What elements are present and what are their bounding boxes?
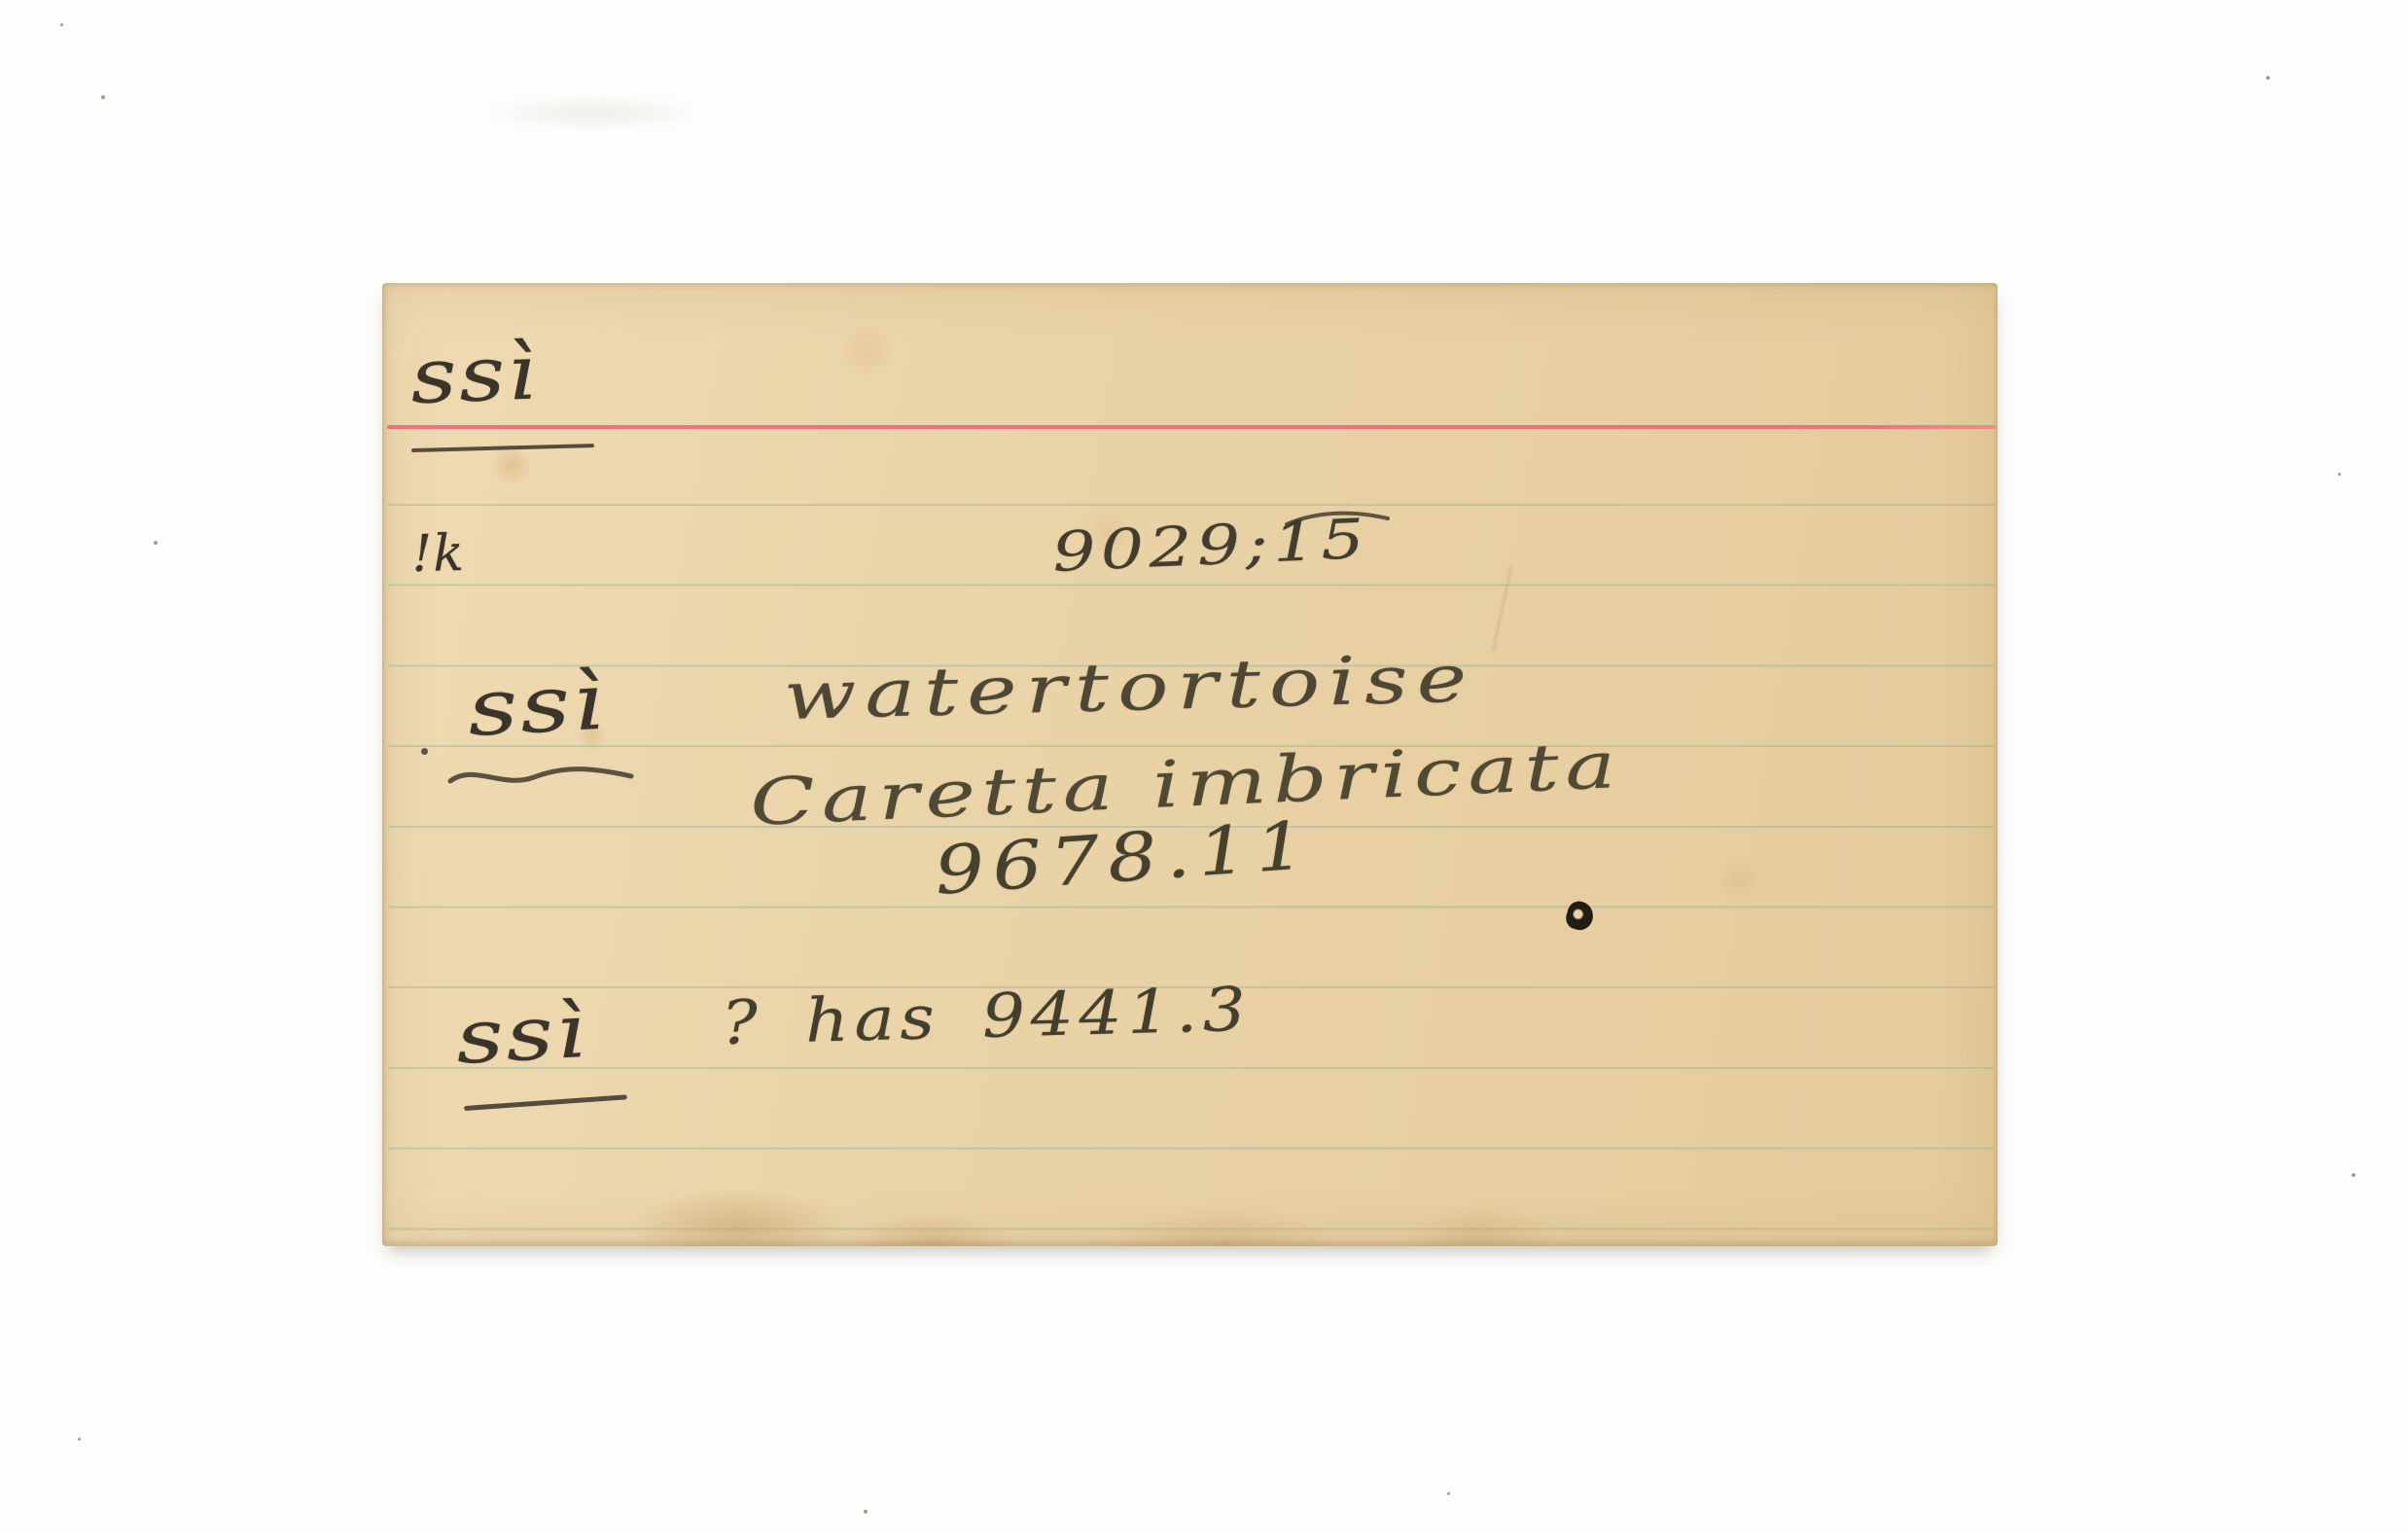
index-card: ssì !k 9029;15 ssì watertortoise Caretta… [382,283,1998,1246]
dust-speck [154,541,158,545]
scan-smudge [447,89,739,136]
header-rule [387,425,1996,429]
pen-flourish [1285,509,1392,530]
margin-note: !k [411,528,465,580]
dust-speck [60,23,63,26]
entry1-wavy-underline [446,766,636,791]
heading-underline [411,444,594,452]
dust-speck [101,95,105,99]
entry1-gloss: watertortoise [783,646,1476,731]
dust-speck [2338,473,2341,476]
stray-ink-dot [421,748,428,755]
entry1-term: ssì [466,663,608,748]
dust-speck [1447,1492,1450,1495]
entry2-note: ? has 9441.3 [721,980,1252,1053]
dust-speck [78,1438,81,1441]
dust-speck [2352,1173,2355,1177]
dust-speck [2266,76,2270,80]
dust-speck [864,1510,868,1514]
heading-term: ssì [409,335,540,415]
entry2-term: ssì [454,994,589,1075]
scanned-index-card-photo: ssì !k 9029;15 ssì watertortoise Caretta… [0,0,2408,1533]
